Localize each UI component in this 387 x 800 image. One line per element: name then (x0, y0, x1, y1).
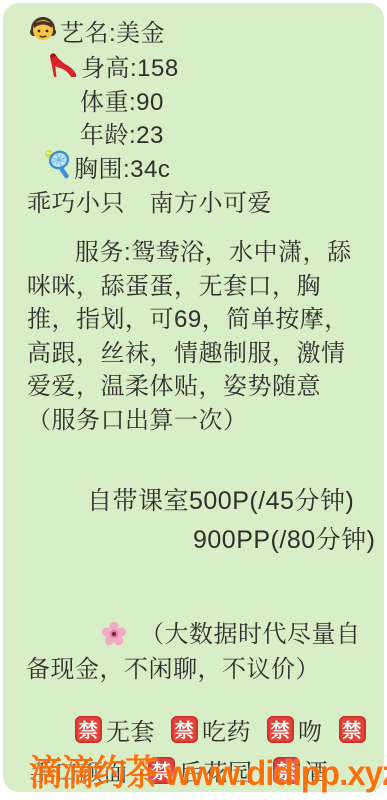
prohibition-label: 吻 (298, 712, 323, 747)
prohibition-row-1: 禁 无套 禁 吃药 禁 吻 禁 (75, 712, 366, 747)
prohibited-badge-icon: 禁 (267, 716, 294, 743)
bust-line: 胸围:34c (74, 154, 170, 185)
tagline: 乖巧小只 南方小可爱 (27, 188, 272, 219)
prohibition-item: 禁 无套 (75, 712, 155, 747)
services-paragraph: 服务:鸳鸯浴，水中潇，舔咪咪，舔蛋蛋，无套口，胸推，指划，可69，简单按摩，高跟… (27, 236, 367, 437)
age-line: 年龄:23 (80, 120, 164, 151)
tennis-racket-icon (42, 149, 74, 179)
price-line-2: 900PP(/80分钟) (193, 524, 375, 557)
prohibited-badge-icon: 禁 (339, 716, 366, 743)
profile-card: 艺名:美金 身高:158 体重:90 年龄:23 胸围:34c 乖巧小只 南方小… (3, 3, 384, 792)
girl-face-icon (29, 15, 57, 43)
prohibition-label: 吃药 (202, 712, 251, 747)
height-line: 身高:158 (81, 53, 179, 84)
watermark-text: 滴滴约茶 www.didipp.xyz (29, 745, 387, 796)
stage-name: 艺名:美金 (60, 18, 165, 49)
notice-paragraph: （大数据时代尽量自备现金，不闲聊，不议价） (26, 617, 378, 687)
prohibited-badge-icon: 禁 (171, 716, 198, 743)
screenshot-root: { "colors": { "card_bg": "#d8eec6", "pag… (0, 0, 387, 800)
prohibition-label: 无套 (106, 712, 155, 747)
weight-line: 体重:90 (80, 87, 164, 118)
prohibition-item: 禁 吃药 (171, 712, 251, 747)
prohibited-badge-icon: 禁 (75, 716, 102, 743)
high-heel-icon (47, 50, 79, 80)
prohibition-item: 禁 (339, 716, 366, 743)
price-line-1: 自带课室500P(/45分钟) (87, 485, 354, 518)
prohibition-item: 禁 吻 (267, 712, 323, 747)
